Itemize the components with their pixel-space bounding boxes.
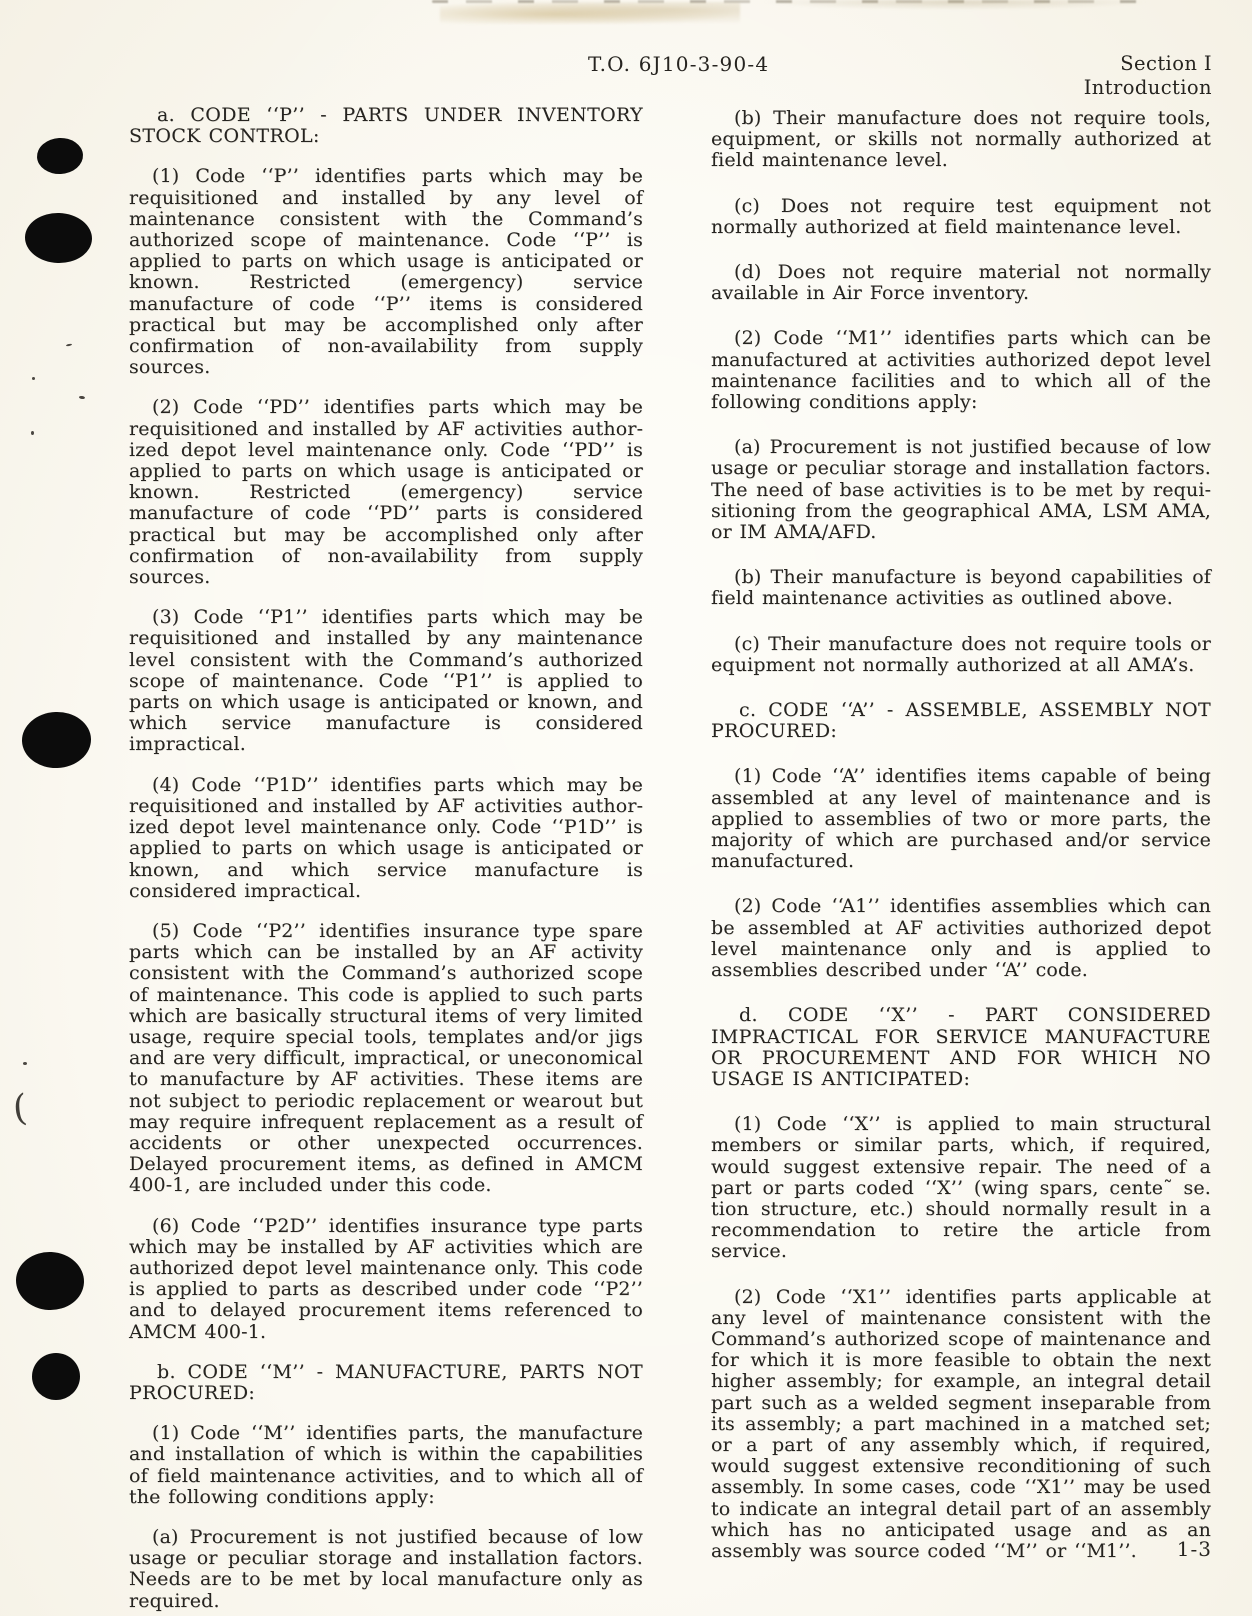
top-right-smudge-artifact: [760, 0, 1150, 10]
paragraph-code-a1-2: (2) Code ‘‘A1’’ identifies assemblies wh…: [711, 896, 1211, 981]
paragraph-code-m-1d: (d) Does not require material not normal…: [711, 262, 1211, 304]
technical-order-number: T.O. 6J10-3-90-4: [588, 52, 769, 76]
scanned-document-page: T.O. 6J10-3-90-4 Section I Introduction …: [0, 0, 1252, 1616]
paragraph-code-m1-2b: (b) Their manufacture is beyond capabili…: [711, 567, 1211, 609]
binder-dot-3: [21, 711, 92, 769]
paragraph-code-m-1c: (c) Does not require test equipment not …: [711, 196, 1211, 238]
paragraph-code-m-1a: (a) Procurement is not justified because…: [129, 1527, 643, 1612]
page-number: 1-3: [1177, 1537, 1212, 1561]
paragraph-code-p2-5: (5) Code ‘‘P2’’ identifies insurance typ…: [129, 921, 643, 1197]
paragraph-code-m-1b: (b) Their manufacture does not require t…: [711, 108, 1211, 172]
scan-speck: [23, 1062, 27, 1065]
heading-code-x: d. CODE ‘‘X’’ - PART CONSIDERED IMPRACTI…: [711, 1005, 1211, 1090]
scan-speck: [66, 343, 72, 346]
right-column: (b) Their manufacture does not require t…: [711, 108, 1211, 1562]
paragraph-code-m1-2a: (a) Procurement is not justified because…: [711, 437, 1211, 543]
paragraph-code-pd-2: (2) Code ‘‘PD’’ identifies parts which m…: [129, 397, 643, 588]
binder-dot-5: [32, 1353, 80, 1400]
paragraph-code-p1-3: (3) Code ‘‘P1’’ identifies parts which m…: [129, 607, 643, 755]
scan-speck: [31, 431, 34, 435]
top-smudge-artifact: [440, 2, 740, 24]
section-subtitle: Introduction: [1084, 76, 1212, 100]
heading-code-a: c. CODE ‘‘A’’ - ASSEMBLE, ASSEMBLY NOT P…: [711, 700, 1211, 742]
left-column: a. CODE ‘‘P’’ - PARTS UNDER INVENTORY ST…: [129, 105, 643, 1612]
section-header: Section I Introduction: [1084, 52, 1212, 100]
paragraph-code-x1-2: (2) Code ‘‘X1’’ identifies parts applica…: [711, 1287, 1211, 1563]
paragraph-code-p-1: (1) Code ‘‘P’’ identifies parts which ma…: [129, 166, 643, 378]
paragraph-code-x-1: (1) Code ‘‘X’’ is applied to main struct…: [711, 1114, 1211, 1262]
paragraph-code-m-1: (1) Code ‘‘M’’ identifies parts, the man…: [129, 1423, 643, 1508]
paragraph-code-m1-2: (2) Code ‘‘M1’’ identifies parts which c…: [711, 328, 1211, 413]
stray-parenthesis-mark: (: [11, 1087, 29, 1129]
paragraph-code-m1-2c: (c) Their manufacture does not require t…: [711, 634, 1211, 676]
paragraph-code-a-1: (1) Code ‘‘A’’ identifies items capable …: [711, 766, 1211, 872]
binder-dot-2: [24, 212, 93, 264]
heading-code-p: a. CODE ‘‘P’’ - PARTS UNDER INVENTORY ST…: [129, 105, 643, 147]
paragraph-code-p1d-4: (4) Code ‘‘P1D’’ identifies parts which …: [129, 775, 643, 902]
binder-dot-1: [36, 137, 84, 175]
binder-dot-4: [15, 1250, 86, 1311]
paragraph-code-p2d-6: (6) Code ‘‘P2D’’ identifies insurance ty…: [129, 1216, 643, 1343]
section-label: Section I: [1084, 52, 1212, 76]
heading-code-m: b. CODE ‘‘M’’ - MANUFACTURE, PARTS NOT P…: [129, 1362, 643, 1404]
scan-speck: [32, 377, 35, 380]
scan-speck: [79, 396, 85, 400]
